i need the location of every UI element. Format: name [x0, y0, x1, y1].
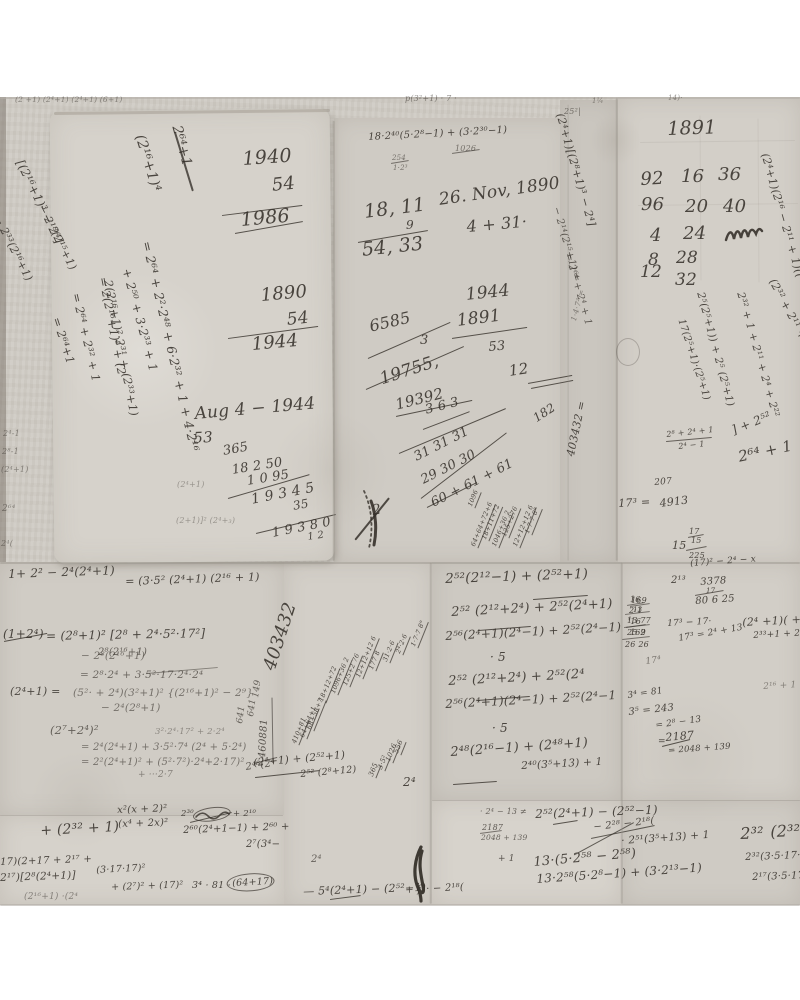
handwritten-note: (2⁴ +1)( + · — [742, 614, 800, 628]
ink-rule — [0, 562, 800, 564]
handwritten-note: 2¹⁷)[2⁸(2⁴+1)] — [0, 870, 76, 883]
handwritten-note: 2³⁰ — [181, 810, 194, 819]
handwritten-note: (2 +1) (2⁴+1) (2⁴+1) (6+1) — [15, 96, 122, 104]
handwritten-note: 2187 — [665, 729, 695, 742]
handwritten-note: 2⁴ — [403, 776, 416, 788]
handwritten-note: 1940 — [242, 147, 292, 169]
handwritten-note: 28 — [676, 250, 698, 267]
handwritten-note: 1891 — [667, 118, 717, 139]
handwritten-note: 2⁸-1 — [2, 448, 19, 456]
handwritten-note: + (2³² + 1) — [40, 820, 120, 838]
handwritten-note: · 2⁴ − 13 ≠ — [480, 808, 527, 816]
handwritten-note: 24 — [683, 225, 706, 243]
handwritten-note: 3²·2⁴·17² + 2·2⁴ — [155, 728, 225, 737]
ink-oval — [616, 338, 640, 366]
handwritten-note: (5²· + 2⁴)(3²+1)² {(2¹⁶+1)² − 2⁹} — [73, 688, 253, 699]
handwritten-note: 15 — [672, 540, 686, 551]
ink-rule — [430, 563, 432, 904]
handwritten-note: (2¹⁶+1) ·(2⁴ — [24, 893, 78, 902]
handwritten-note: 2¹⁷(3·5·17· — [752, 871, 800, 883]
handwritten-note: 40 — [723, 198, 746, 216]
handwritten-note: 96 — [641, 196, 664, 214]
handwritten-note: + 1 — [498, 855, 515, 864]
handwritten-note: (2⁷+2⁴)² — [50, 725, 99, 737]
handwritten-note: 53 — [488, 340, 506, 354]
handwritten-note: − 2⁸(2¹⁶+1) — [81, 651, 145, 662]
handwritten-note: = — [658, 738, 666, 747]
handwritten-note: x²(x + 2)² — [117, 804, 168, 816]
handwritten-note: + (2⁷)² + (17)² — [111, 880, 184, 892]
handwritten-note: 35 — [292, 497, 310, 512]
handwritten-note: = 2⁸·2⁴ + 3·5²·17·2⁴·2⁴ — [80, 670, 203, 681]
handwritten-note: 2⁷(3⁴− — [246, 840, 280, 850]
handwritten-note: 17³ = — [618, 496, 651, 509]
handwritten-note: (2+1)]² (2⁴+₃) — [176, 517, 235, 525]
handwritten-note: = (2⁸+1)² [2⁸ + 2⁴·5²·17²] — [46, 627, 205, 642]
handwritten-note: 54 — [286, 310, 310, 329]
handwritten-note: 2187 — [482, 824, 503, 832]
handwritten-note: − 2⁴(2⁸+1) — [101, 703, 161, 714]
handwritten-note: · 5 — [492, 722, 508, 734]
handwritten-note: 1944 — [251, 332, 299, 354]
handwritten-note: 2¹³ — [671, 576, 686, 586]
handwritten-note: p(3²+1) · 7 · — [405, 95, 457, 103]
handwritten-note: + ···2·7 — [138, 771, 173, 780]
handwritten-note: = 2⁴(2⁴+1) + 3·5²·7⁴ (2⁴ + 5·2⁴) — [81, 743, 246, 753]
manuscript-collage-screenshot: (2 +1) (2⁴+1) (2⁴+1) (6+1)p(3²+1) · 7 ·1… — [0, 0, 800, 1000]
handwritten-note: 2·1 — [629, 607, 642, 615]
handwritten-note: 26 26 — [625, 641, 649, 649]
handwritten-note: 2⁶⁴ — [2, 505, 16, 514]
handwritten-note: 16 — [630, 596, 641, 604]
handwritten-note: 2⁴( — [1, 540, 13, 548]
ink-rule — [432, 800, 800, 801]
handwritten-note: 36 — [718, 166, 741, 184]
handwritten-note: 25·2 — [627, 629, 646, 637]
handwritten-note: 15 — [691, 537, 702, 545]
handwritten-note: 2⁴-1 — [3, 430, 20, 438]
handwritten-note: 9 — [406, 219, 414, 231]
handwritten-note: 16 — [681, 168, 704, 186]
handwritten-note: = 2²(2⁴+1)² + (5²·7²)·2⁴+2·17)² — [81, 758, 245, 768]
handwritten-note: 2³²(3·5·17·2 — [745, 851, 800, 863]
handwritten-note: 4913 — [659, 494, 689, 508]
handwritten-note: 53 — [193, 430, 213, 446]
ink-rule — [616, 98, 618, 561]
handwritten-note: 12 — [508, 361, 529, 379]
handwritten-note: 17 — [689, 528, 700, 536]
handwritten-note: 92 — [640, 170, 664, 189]
handwritten-note: 1986 — [240, 207, 291, 230]
handwritten-note: 3⁴ · 81 · — [192, 881, 231, 891]
handwritten-note: · 5 — [490, 651, 506, 663]
handwritten-note: 460881 — [258, 719, 270, 759]
handwritten-note: 1890 — [260, 283, 308, 305]
handwritten-note: (2⁴+1) = — [10, 686, 61, 697]
handwritten-note: 20 — [685, 198, 708, 216]
ink-rule — [0, 904, 800, 906]
handwritten-note: (2⁴+1) — [1, 466, 29, 474]
handwritten-note: 1+ 2² − 2⁴(2⁴+1) — [8, 564, 115, 580]
handwritten-note: (3·17·17)² — [96, 863, 146, 875]
handwritten-note: (1+2⁴) — [3, 628, 44, 640]
handwritten-note: '16 — [628, 618, 641, 626]
handwritten-note: 2³² — [740, 825, 764, 842]
handwritten-note: 1¼ — [592, 98, 604, 105]
handwritten-note: 12 — [640, 264, 662, 281]
handwritten-note: 2⁴ — [311, 855, 322, 865]
handwritten-note: (x⁴ + 2x)² — [118, 818, 169, 830]
handwritten-note: 32 — [675, 272, 697, 289]
handwritten-note: 4 — [650, 227, 662, 245]
handwritten-note: (2³² — [770, 823, 800, 840]
handwritten-note: 254 — [392, 155, 406, 162]
handwritten-note: 207 — [654, 477, 672, 488]
handwritten-note: (2⁴+1) — [177, 481, 205, 489]
handwritten-note: 1944 — [465, 282, 511, 304]
handwritten-note: 1026 — [455, 145, 476, 153]
ink-rule — [333, 121, 335, 561]
handwritten-note: + 2¹⁰ — [233, 810, 256, 819]
handwritten-note: 3 — [420, 334, 428, 347]
handwritten-note: 54 — [271, 175, 296, 195]
handwritten-note: 2¹⁶ + 1 + 1· — [763, 680, 800, 692]
handwritten-note: 2048 + 139 — [481, 834, 527, 842]
ink-rule — [567, 105, 568, 561]
handwritten-note: 1·2³ — [393, 165, 408, 172]
handwritten-note: 14)· — [668, 95, 683, 102]
